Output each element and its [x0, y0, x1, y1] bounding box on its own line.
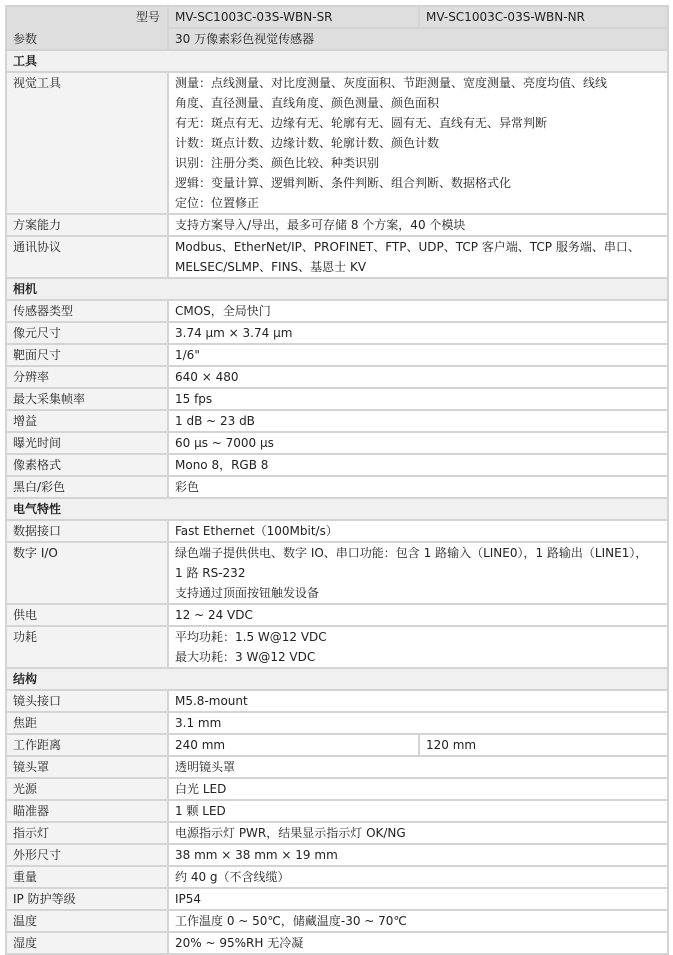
row-label: 分辨率 [6, 366, 168, 388]
row-label: 数据接口 [6, 520, 168, 542]
table-row: 指示灯电源指示灯 PWR，结果显示指示灯 OK/NG [6, 822, 668, 844]
row-label: 温度 [6, 910, 168, 932]
row-value: 38 mm × 38 mm × 19 mm [168, 844, 668, 866]
row-value: 透明镜头罩 [168, 756, 668, 778]
row-label: 传感器类型 [6, 300, 168, 322]
row-value: 平均功耗：1.5 W@12 VDC 最大功耗：3 W@12 VDC [168, 626, 668, 668]
row-value: 工作温度 0 ~ 50℃，储藏温度-30 ~ 70℃ [168, 910, 668, 932]
row-value: 1 dB ~ 23 dB [168, 410, 668, 432]
row-value: 20% ~ 95%RH 无冷凝 [168, 932, 668, 936]
section-title: 工具 [6, 50, 668, 72]
row-value: 1/6" [168, 344, 668, 366]
table-row: 工作距离 240 mm 120 mm [6, 734, 668, 756]
table-row: 黑白/彩色彩色 [6, 476, 668, 498]
row-value: 60 μs ~ 7000 μs [168, 432, 668, 454]
section-tools: 工具 [6, 50, 668, 72]
table-row: 靶面尺寸1/6" [6, 344, 668, 366]
row-label: 重量 [6, 866, 168, 888]
value-line: 支持通过顶面按钮触发设备 [175, 583, 661, 603]
row-value: Mono 8，RGB 8 [168, 454, 668, 476]
row-label: 瞄准器 [6, 800, 168, 822]
row-value: 彩色 [168, 476, 668, 498]
table-row: IP 防护等级IP54 [6, 888, 668, 910]
table-row: 方案能力 支持方案导入/导出，最多可存储 8 个方案，40 个模块 [6, 214, 668, 236]
row-value: 3.1 mm [168, 712, 668, 734]
table-row: 焦距 3.1 mm [6, 712, 668, 734]
table-row: 湿度20% ~ 95%RH 无冷凝 [6, 932, 668, 936]
table-row: 传感器类型CMOS，全局快门 [6, 300, 668, 322]
table-row: 温度工作温度 0 ~ 50℃，储藏温度-30 ~ 70℃ [6, 910, 668, 932]
model-name-nr: MV-SC1003C-03S-WBN-NR [419, 6, 668, 28]
value-line: 识别：注册分类、颜色比较、种类识别 [175, 153, 661, 173]
value-line: 逻辑：变量计算、逻辑判断、条件判断、组合判断、数据格式化 [175, 173, 661, 193]
value-line: 定位：位置修正 [175, 193, 661, 213]
value-line: MELSEC/SLMP、FINS、基恩士 KV [175, 257, 661, 277]
row-label: 湿度 [6, 932, 168, 936]
param-label: 参数 [13, 29, 37, 49]
row-label: 像素格式 [6, 454, 168, 476]
row-value: IP54 [168, 888, 668, 910]
section-title: 电气特性 [6, 498, 668, 520]
row-label: 靶面尺寸 [6, 344, 168, 366]
row-label: 黑白/彩色 [6, 476, 168, 498]
section-title: 结构 [6, 668, 668, 690]
value-line: 测量：点线测量、对比度测量、灰度面积、节距测量、宽度测量、亮度均值、线线 [175, 73, 661, 93]
row-label: 功耗 [6, 626, 168, 668]
row-label: 镜头罩 [6, 756, 168, 778]
row-value: M5.8-mount [168, 690, 668, 712]
row-value: 约 40 g（不含线缆） [168, 866, 668, 888]
table-row: 曝光时间60 μs ~ 7000 μs [6, 432, 668, 454]
row-value: 1 颗 LED [168, 800, 668, 822]
row-value: Fast Ethernet（100Mbit/s） [168, 520, 668, 542]
spec-table: 型号 参数 MV-SC1003C-03S-WBN-SR MV-SC1003C-0… [5, 5, 669, 936]
row-label: 方案能力 [6, 214, 168, 236]
row-value-nr: 120 mm [419, 734, 668, 756]
value-line: 绿色端子提供供电、数字 IO、串口功能：包含 1 路输入（LINE0），1 路输… [175, 543, 661, 563]
row-label: 供电 [6, 604, 168, 626]
model-label: 型号 [136, 7, 160, 27]
row-label: 指示灯 [6, 822, 168, 844]
row-label: 通讯协议 [6, 236, 168, 278]
diagonal-header-cell: 型号 参数 [6, 6, 168, 50]
product-description: 30 万像素彩色视觉传感器 [168, 28, 668, 50]
row-label: IP 防护等级 [6, 888, 168, 910]
table-row: 光源白光 LED [6, 778, 668, 800]
value-line: 1 路 RS-232 [175, 563, 661, 583]
table-row: 镜头接口 M5.8-mount [6, 690, 668, 712]
row-label: 数字 I/O [6, 542, 168, 604]
table-row: 瞄准器1 颗 LED [6, 800, 668, 822]
table-row: 像素格式Mono 8，RGB 8 [6, 454, 668, 476]
table-row: 外形尺寸38 mm × 38 mm × 19 mm [6, 844, 668, 866]
row-value: 支持方案导入/导出，最多可存储 8 个方案，40 个模块 [168, 214, 668, 236]
table-row: 分辨率640 × 480 [6, 366, 668, 388]
row-value: 15 fps [168, 388, 668, 410]
row-value: 绿色端子提供供电、数字 IO、串口功能：包含 1 路输入（LINE0），1 路输… [168, 542, 668, 604]
table-row: 增益1 dB ~ 23 dB [6, 410, 668, 432]
row-value: 测量：点线测量、对比度测量、灰度面积、节距测量、宽度测量、亮度均值、线线 角度、… [168, 72, 668, 214]
row-label: 焦距 [6, 712, 168, 734]
table-row: 视觉工具 测量：点线测量、对比度测量、灰度面积、节距测量、宽度测量、亮度均值、线… [6, 72, 668, 214]
row-label: 增益 [6, 410, 168, 432]
table-row: 重量约 40 g（不含线缆） [6, 866, 668, 888]
row-label: 曝光时间 [6, 432, 168, 454]
table-row: 数据接口 Fast Ethernet（100Mbit/s） [6, 520, 668, 542]
value-line: 平均功耗：1.5 W@12 VDC [175, 627, 661, 647]
row-label: 最大采集帧率 [6, 388, 168, 410]
table-row: 最大采集帧率15 fps [6, 388, 668, 410]
row-value: 3.74 μm × 3.74 μm [168, 322, 668, 344]
row-value: 电源指示灯 PWR，结果显示指示灯 OK/NG [168, 822, 668, 844]
section-electrical: 电气特性 [6, 498, 668, 520]
row-label: 外形尺寸 [6, 844, 168, 866]
table-row: 像元尺寸3.74 μm × 3.74 μm [6, 322, 668, 344]
section-camera: 相机 [6, 278, 668, 300]
table-row: 功耗 平均功耗：1.5 W@12 VDC 最大功耗：3 W@12 VDC [6, 626, 668, 668]
row-label: 光源 [6, 778, 168, 800]
row-value: 640 × 480 [168, 366, 668, 388]
header-row-models: 型号 参数 MV-SC1003C-03S-WBN-SR MV-SC1003C-0… [6, 6, 668, 28]
model-name-sr: MV-SC1003C-03S-WBN-SR [168, 6, 419, 28]
section-structure: 结构 [6, 668, 668, 690]
table-row: 通讯协议 Modbus、EtherNet/IP、PROFINET、FTP、UDP… [6, 236, 668, 278]
value-line: 角度、直径测量、直线角度、颜色测量、颜色面积 [175, 93, 661, 113]
value-line: 有无：斑点有无、边缘有无、轮廓有无、圆有无、直线有无、异常判断 [175, 113, 661, 133]
table-row: 镜头罩透明镜头罩 [6, 756, 668, 778]
row-label: 工作距离 [6, 734, 168, 756]
table-row: 数字 I/O 绿色端子提供供电、数字 IO、串口功能：包含 1 路输入（LINE… [6, 542, 668, 604]
row-value: Modbus、EtherNet/IP、PROFINET、FTP、UDP、TCP … [168, 236, 668, 278]
table-row: 供电 12 ~ 24 VDC [6, 604, 668, 626]
value-line: 计数：斑点计数、边缘计数、轮廓计数、颜色计数 [175, 133, 661, 153]
row-value: 白光 LED [168, 778, 668, 800]
row-value-sr: 240 mm [168, 734, 419, 756]
row-value: 12 ~ 24 VDC [168, 604, 668, 626]
row-label: 镜头接口 [6, 690, 168, 712]
value-line: Modbus、EtherNet/IP、PROFINET、FTP、UDP、TCP … [175, 237, 661, 257]
section-title: 相机 [6, 278, 668, 300]
row-label: 像元尺寸 [6, 322, 168, 344]
value-line: 最大功耗：3 W@12 VDC [175, 647, 661, 667]
row-label: 视觉工具 [6, 72, 168, 214]
row-value: CMOS，全局快门 [168, 300, 668, 322]
